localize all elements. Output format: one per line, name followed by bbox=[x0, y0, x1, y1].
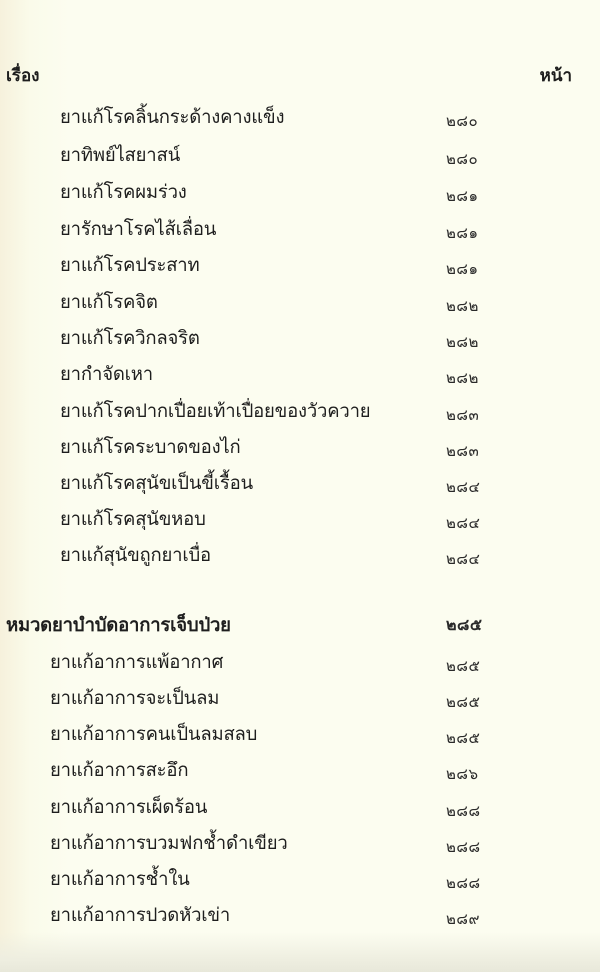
toc-entry: ยาแก้โรคประสาท๒๘๑ bbox=[0, 251, 600, 281]
toc-entry: ยาแก้อาการช้ำใน๒๘๘ bbox=[0, 865, 600, 895]
toc-section-heading: หมวดยาบำบัดอาการเจ็บป่วย ๒๘๕ bbox=[0, 611, 600, 641]
entry-page-number: ๒๘๘ bbox=[446, 799, 486, 823]
entry-page-number: ๒๘๑ bbox=[446, 257, 486, 281]
toc-entry: ยากำจัดเหา๒๘๒ bbox=[0, 360, 600, 390]
entry-page-number: ๒๘๑ bbox=[446, 221, 486, 245]
entry-title: ยาแก้โรคสุนัขหอบ bbox=[60, 505, 206, 534]
entry-page-number: ๒๘๒ bbox=[446, 330, 486, 354]
entry-title: ยารักษาโรคไส้เลื่อน bbox=[60, 215, 216, 244]
section-title: หมวดยาบำบัดอาการเจ็บป่วย bbox=[6, 611, 231, 640]
section-page-number: ๒๘๕ bbox=[446, 613, 486, 638]
toc-entry: ยาแก้โรควิกลจริต๒๘๒ bbox=[0, 324, 600, 354]
entry-page-number: ๒๘๕ bbox=[446, 726, 486, 750]
entry-title: ยาแก้อาการแพ้อากาศ bbox=[50, 648, 223, 677]
entry-page-number: ๒๘๘ bbox=[446, 835, 486, 859]
toc-entry: ยาแก้โรคสุนัขหอบ๒๘๔ bbox=[0, 505, 600, 535]
toc-entry: ยารักษาโรคไส้เลื่อน๒๘๑ bbox=[0, 215, 600, 245]
entry-page-number: ๒๘๘ bbox=[446, 871, 486, 895]
entry-title: ยาแก้โรคระบาดของไก่ bbox=[60, 433, 241, 462]
entry-page-number: ๒๘๓ bbox=[446, 439, 486, 463]
entry-title: ยากำจัดเหา bbox=[60, 360, 153, 389]
toc-entry: ยาแก้อาการบวมฟกช้ำดำเขียว๒๘๘ bbox=[0, 829, 600, 859]
entry-title: ยาแก้อาการเผ็ดร้อน bbox=[50, 793, 207, 822]
toc-entry: ยาแก้โรคระบาดของไก่๒๘๓ bbox=[0, 433, 600, 463]
entry-title: ยาแก้อาการช้ำใน bbox=[50, 865, 190, 894]
entry-page-number: ๒๘๔ bbox=[446, 511, 486, 535]
entry-page-number: ๒๘๒ bbox=[446, 294, 486, 318]
entry-title: ยาแก้อาการจะเป็นลม bbox=[50, 684, 219, 713]
toc-entry: ยาทิพย์ไสยาสน์๒๘๐ bbox=[0, 141, 600, 171]
entry-title: ยาแก้โรคผมร่วง bbox=[60, 178, 187, 207]
entry-title: ยาแก้อาการปวดหัวเข่า bbox=[50, 901, 230, 930]
toc-entry: ยาแก้อาการคนเป็นลมสลบ๒๘๕ bbox=[0, 720, 600, 750]
entry-page-number: ๒๘๙ bbox=[446, 907, 486, 931]
entry-page-number: ๒๘๕ bbox=[446, 690, 486, 714]
entry-title: ยาแก้โรคจิต bbox=[60, 288, 158, 317]
entry-page-number: ๒๘๐ bbox=[446, 109, 486, 133]
entry-title: ยาแก้โรคประสาท bbox=[60, 251, 200, 280]
toc-header: เรื่อง หน้า bbox=[6, 62, 572, 88]
entry-page-number: ๒๘๖ bbox=[446, 762, 486, 786]
document-page: เรื่อง หน้า ยาแก้โรคลิ้นกระด้างคางแข็ง๒๘… bbox=[0, 0, 600, 972]
toc-entry: ยาแก้โรคจิต๒๘๒ bbox=[0, 288, 600, 318]
entry-title: ยาแก้โรคสุนัขเป็นขี้เรื้อน bbox=[60, 469, 253, 498]
toc-entry: ยาแก้อาการสะอึก๒๘๖ bbox=[0, 756, 600, 786]
entry-title: ยาแก้โรควิกลจริต bbox=[60, 324, 200, 353]
entry-title: ยาแก้โรคปากเปื่อยเท้าเปื่อยของวัวควาย bbox=[60, 397, 370, 426]
entry-title: ยาแก้อาการคนเป็นลมสลบ bbox=[50, 720, 257, 749]
entry-page-number: ๒๘๐ bbox=[446, 147, 486, 171]
entry-page-number: ๒๘๔ bbox=[446, 547, 486, 571]
entry-title: ยาแก้สุนัขถูกยาเบื่อ bbox=[60, 541, 211, 570]
topic-column-heading: เรื่อง bbox=[6, 62, 39, 89]
entry-page-number: ๒๘๓ bbox=[446, 403, 486, 427]
entry-page-number: ๒๘๑ bbox=[446, 184, 486, 208]
entry-title: ยาแก้อาการบวมฟกช้ำดำเขียว bbox=[50, 829, 288, 858]
entry-title: ยาทิพย์ไสยาสน์ bbox=[60, 141, 180, 170]
toc-entry: ยาแก้โรคสุนัขเป็นขี้เรื้อน๒๘๔ bbox=[0, 469, 600, 499]
toc-entry: ยาแก้อาการเผ็ดร้อน๒๘๘ bbox=[0, 793, 600, 823]
toc-entry: ยาแก้โรคปากเปื่อยเท้าเปื่อยของวัวควาย๒๘๓ bbox=[0, 397, 600, 427]
entry-title: ยาแก้อาการสะอึก bbox=[50, 756, 188, 785]
page-column-heading: หน้า bbox=[540, 62, 572, 89]
entry-title: ยาแก้โรคลิ้นกระด้างคางแข็ง bbox=[60, 103, 284, 132]
toc-entry: ยาแก้อาการแพ้อากาศ๒๘๕ bbox=[0, 648, 600, 678]
entry-page-number: ๒๘๕ bbox=[446, 654, 486, 678]
toc-entry: ยาแก้โรคลิ้นกระด้างคางแข็ง๒๘๐ bbox=[0, 103, 600, 133]
toc-entry: ยาแก้โรคผมร่วง๒๘๑ bbox=[0, 178, 600, 208]
entry-page-number: ๒๘๒ bbox=[446, 366, 486, 390]
toc-entry: ยาแก้อาการจะเป็นลม๒๘๕ bbox=[0, 684, 600, 714]
toc-entry: ยาแก้อาการปวดหัวเข่า๒๘๙ bbox=[0, 901, 600, 931]
toc-entry: ยาแก้สุนัขถูกยาเบื่อ๒๘๔ bbox=[0, 541, 600, 571]
entry-page-number: ๒๘๔ bbox=[446, 475, 486, 499]
